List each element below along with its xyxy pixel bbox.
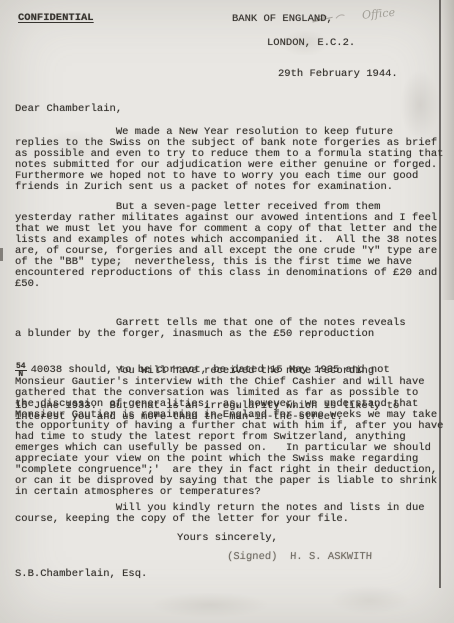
paragraph-5: Will you kindly return the notes and lis… [15, 503, 450, 525]
letterhead-bank: BANK OF ENGLAND, [232, 14, 333, 25]
letterhead-city: LONDON, E.C.2. [267, 38, 355, 49]
recipient-name: S.B.Chamberlain, Esq. [15, 569, 147, 580]
confidential-stamp: CONFIDENTIAL [18, 13, 94, 24]
pencil-annotation-word: Office [362, 5, 396, 21]
paper-smudge [330, 585, 410, 615]
margin-mark [0, 248, 3, 261]
letter-page: Office CONFIDENTIAL BANK OF ENGLAND, LON… [0, 0, 454, 623]
paragraph-4: You will have received the note recordin… [15, 366, 450, 498]
closing-salutation: Yours sincerely, [177, 533, 278, 544]
paragraph-3-lines-a: Garrett tells me that one of the notes r… [15, 318, 450, 340]
letter-date: 29th February 1944. [278, 69, 398, 80]
salutation: Dear Chamberlain, [15, 104, 122, 115]
paragraph-1: We made a New Year resolution to keep fu… [15, 127, 450, 193]
paragraph-2: But a seven-page letter received from th… [15, 202, 450, 290]
signature-line: (Signed) H. S. ASKWITH [227, 552, 372, 563]
paper-smudge [150, 592, 270, 618]
page-edge-shade [440, 0, 454, 300]
